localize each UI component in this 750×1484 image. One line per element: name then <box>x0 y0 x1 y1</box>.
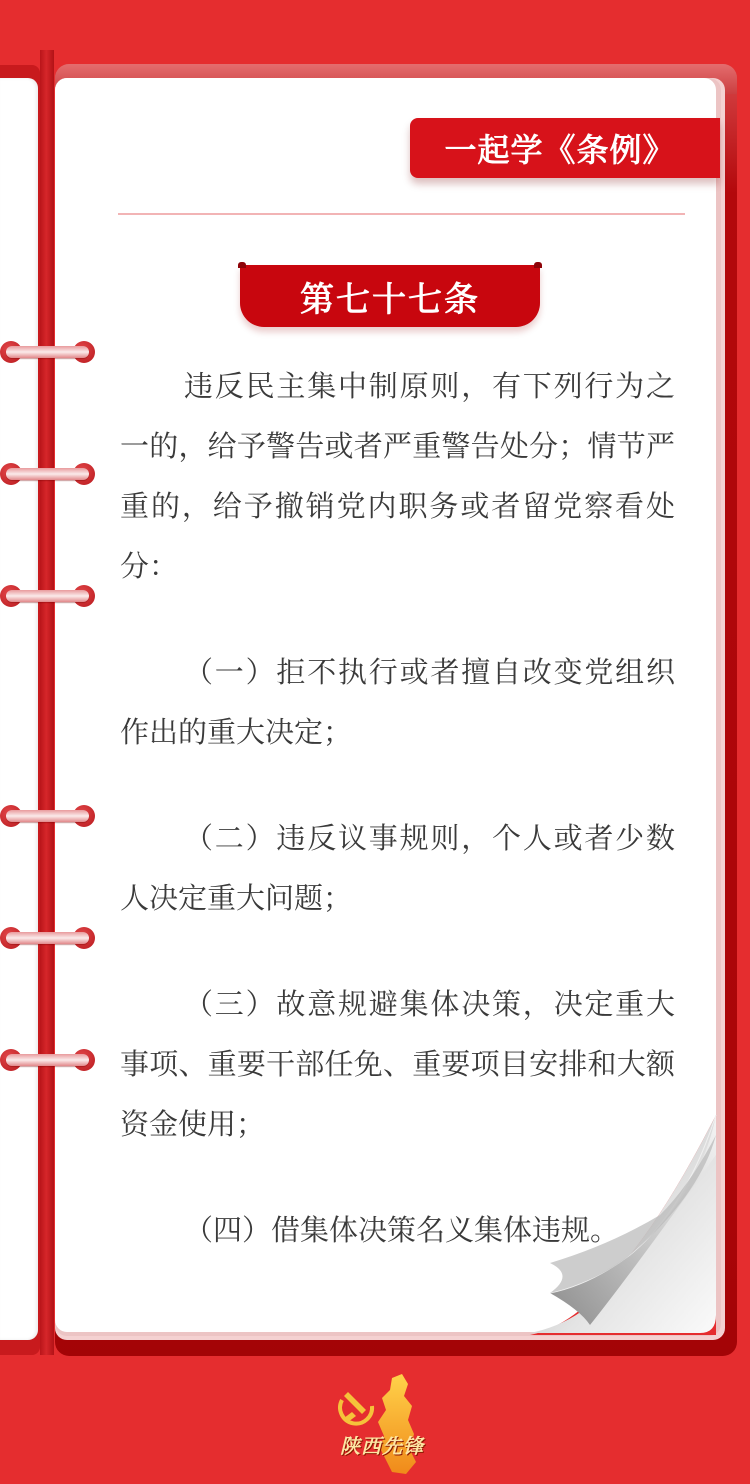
left-page <box>0 78 38 1340</box>
binding-spine <box>40 50 54 1355</box>
binding-ring <box>0 805 95 827</box>
binding-ring <box>0 341 95 363</box>
article-paragraph: 违反民主集中制原则，有下列行为之一的，给予警告或者严重警告处分；情节严重的，给予… <box>120 356 675 596</box>
binding-ring <box>0 585 95 607</box>
binding-ring <box>0 927 95 949</box>
binding-ring <box>0 463 95 485</box>
party-emblem-icon <box>330 1370 440 1480</box>
divider <box>118 213 685 215</box>
article-item-1: （一）拒不执行或者擅自改变党组织作出的重大决定； <box>120 642 675 762</box>
logo-text: 陕西先锋 <box>340 1430 440 1459</box>
page-curl-icon <box>520 1115 720 1335</box>
tag-ribbon-label: 一起学《条例》 <box>444 125 685 171</box>
article-title-badge: 第七十七条 <box>240 265 540 327</box>
article-title: 第七十七条 <box>300 272 480 321</box>
tag-ribbon: 一起学《条例》 <box>410 118 720 178</box>
article-item-2: （二）违反议事规则，个人或者少数人决定重大问题； <box>120 808 675 928</box>
binding-ring <box>0 1049 95 1071</box>
